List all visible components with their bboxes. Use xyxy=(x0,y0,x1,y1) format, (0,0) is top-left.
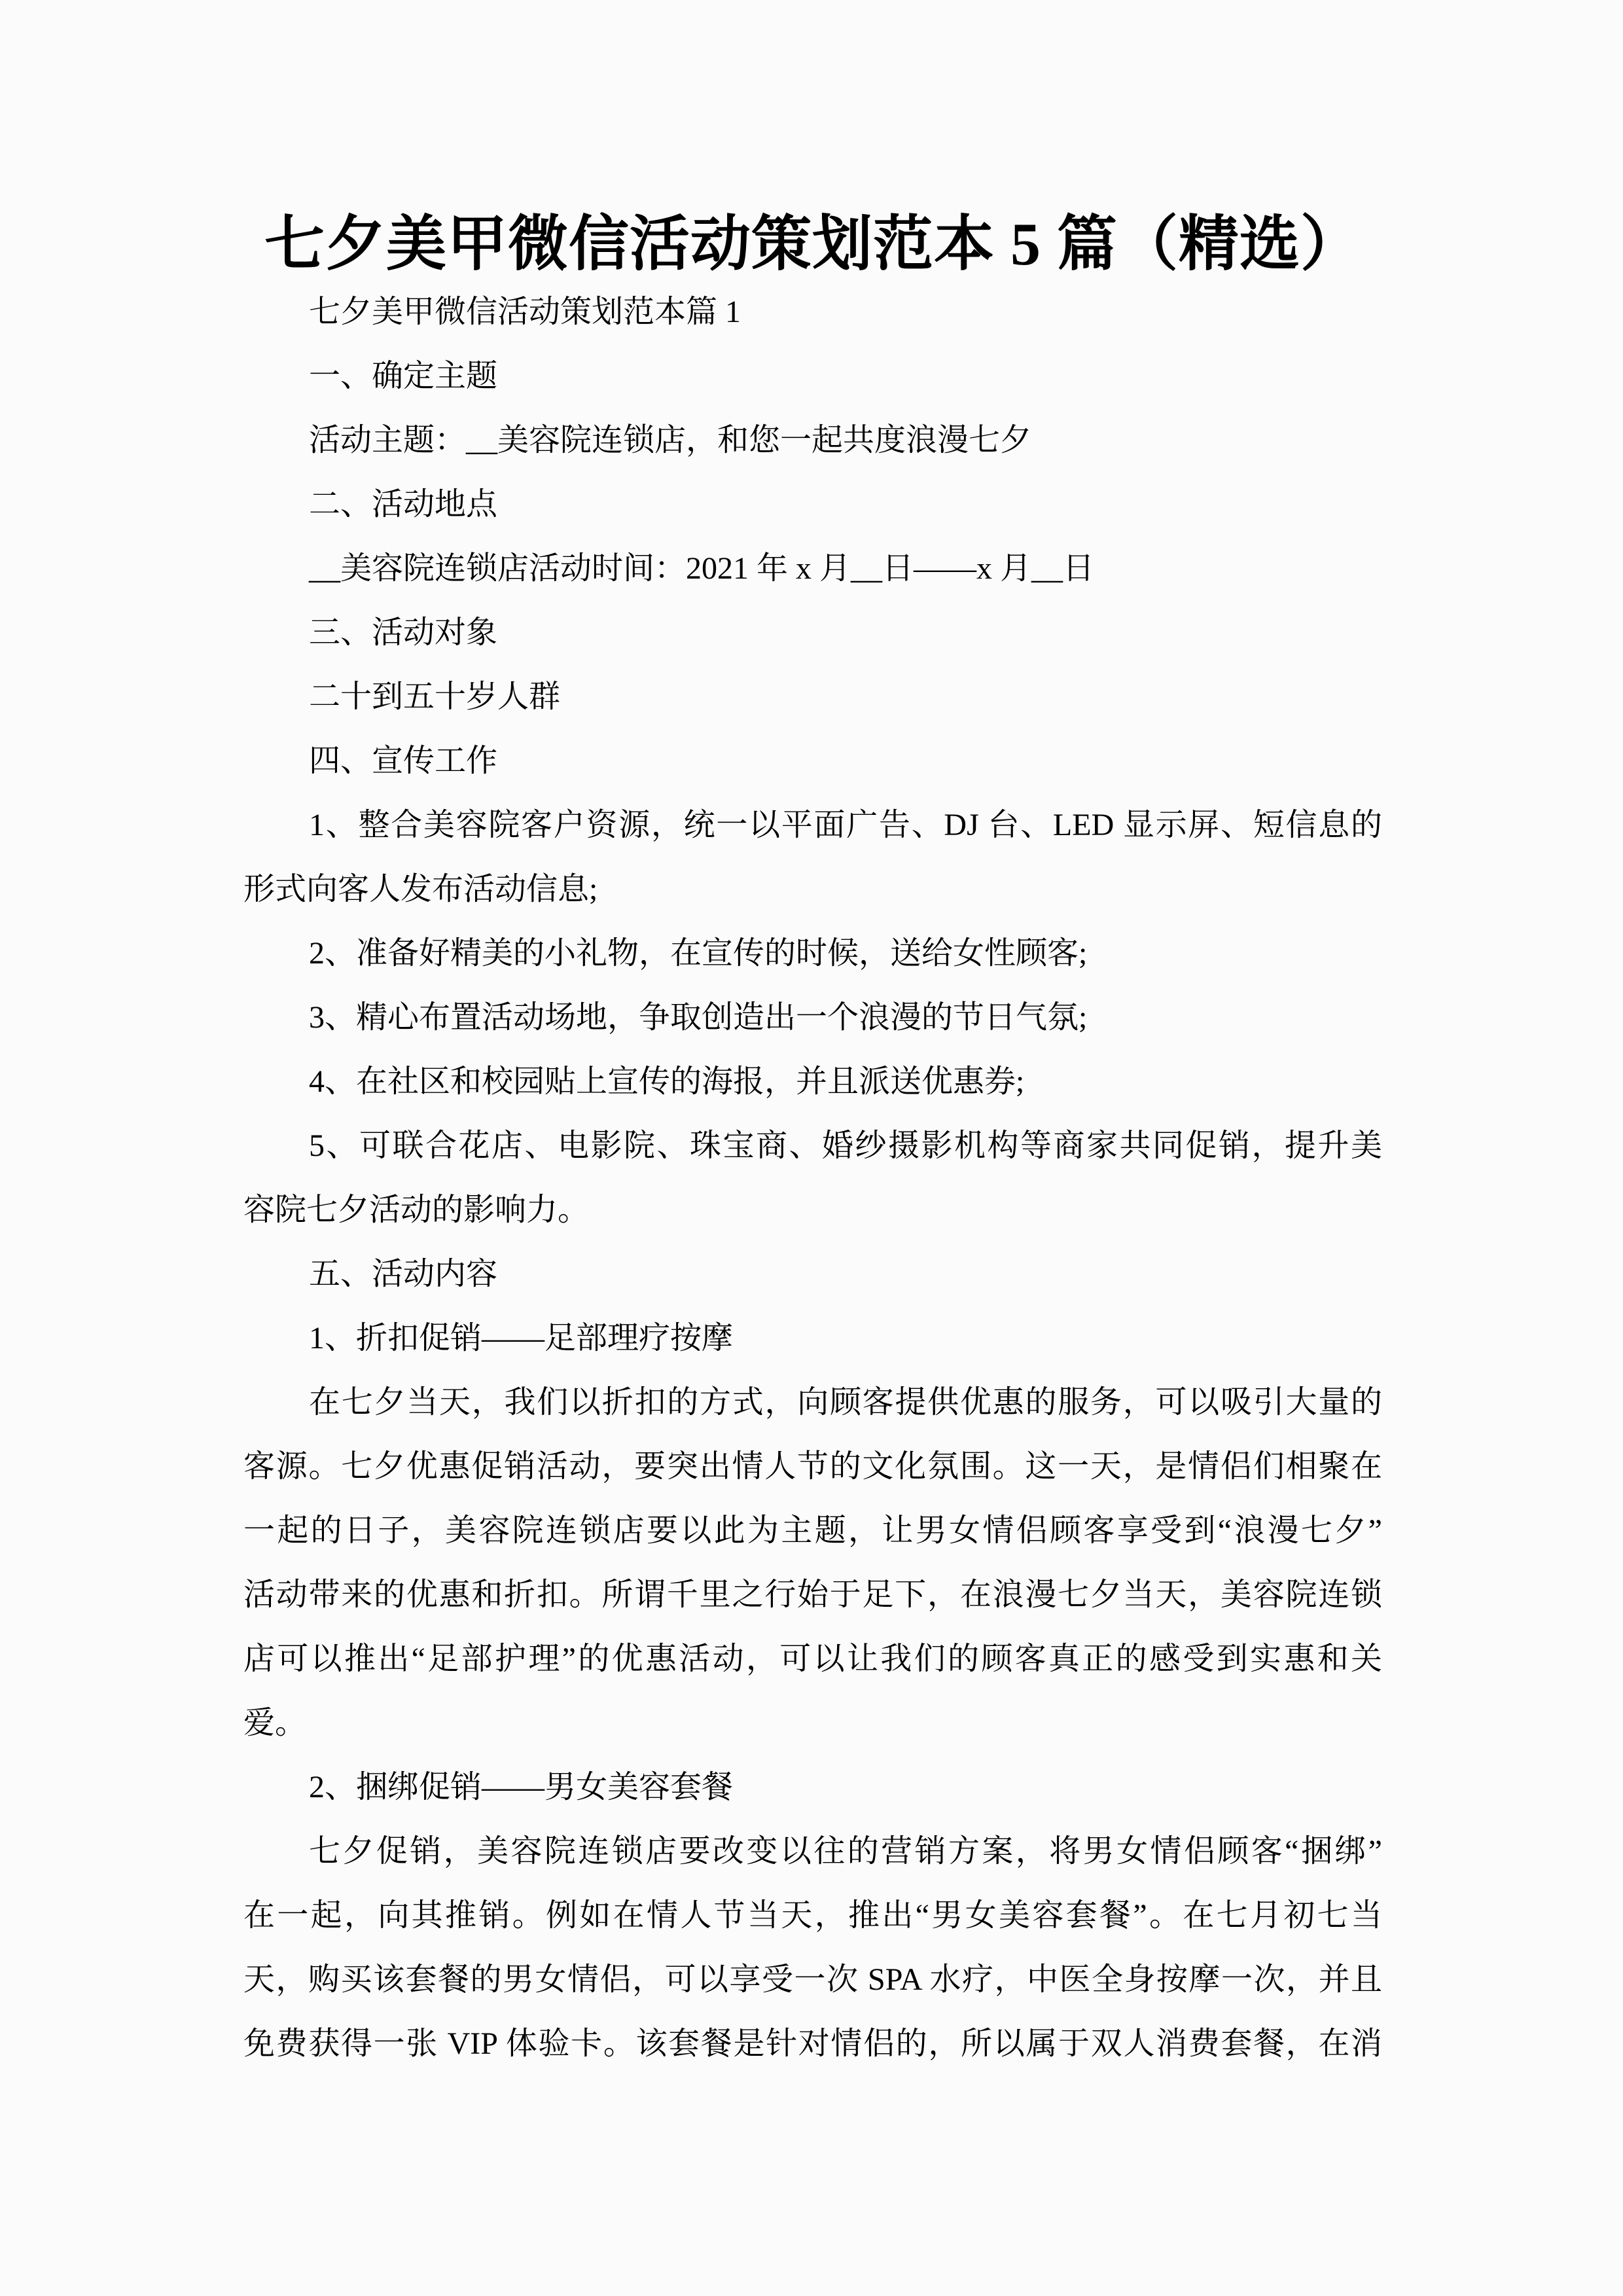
text-line: 店可以推出“足部护理”的优惠活动，可以让我们的顾客真正的感受到实惠和关 xyxy=(243,1627,1382,1691)
text-line: 形式向客人发布活动信息; xyxy=(243,857,1382,922)
text-line: 活动主题：__美容院连锁店，和您一起共度浪漫七夕 xyxy=(243,408,1382,473)
text-line: 在七夕当天，我们以折扣的方式，向顾客提供优惠的服务，可以吸引大量的 xyxy=(243,1371,1382,1435)
text-line: 5、可联合花店、电影院、珠宝商、婚纱摄影机构等商家共同促销，提升美 xyxy=(243,1114,1382,1178)
text-line: 在一起，向其推销。例如在情人节当天，推出“男女美容套餐”。在七月初七当 xyxy=(243,1884,1382,1948)
text-line: 活动带来的优惠和折扣。所谓千里之行始于足下，在浪漫七夕当天，美容院连锁 xyxy=(243,1563,1382,1627)
text-line: 五、活动内容 xyxy=(243,1242,1382,1306)
text-line: 七夕美甲微信活动策划范本篇 1 xyxy=(243,280,1382,344)
document-content: 七夕美甲微信活动策划范本 5 篇（精选） 七夕美甲微信活动策划范本篇 1一、确定… xyxy=(243,208,1382,2076)
text-line: 爱。 xyxy=(243,1691,1382,1755)
text-line: 三、活动对象 xyxy=(243,601,1382,665)
text-line: __美容院连锁店活动时间：2021 年 x 月__日——x 月__日 xyxy=(243,537,1382,601)
text-line: 1、折扣促销——足部理疗按摩 xyxy=(243,1306,1382,1371)
text-line: 一、确定主题 xyxy=(243,344,1382,408)
text-line: 客源。七夕优惠促销活动，要突出情人节的文化氛围。这一天，是情侣们相聚在 xyxy=(243,1435,1382,1499)
text-line: 七夕促销，美容院连锁店要改变以往的营销方案，将男女情侣顾客“捆绑” xyxy=(243,1820,1382,1884)
document-title: 七夕美甲微信活动策划范本 5 篇（精选） xyxy=(243,208,1382,280)
text-line: 1、整合美容院客户资源，统一以平面广告、DJ 台、LED 显示屏、短信息的 xyxy=(243,793,1382,857)
text-line: 3、精心布置活动场地，争取创造出一个浪漫的节日气氛; xyxy=(243,986,1382,1050)
document-page: 七夕美甲微信活动策划范本 5 篇（精选） 七夕美甲微信活动策划范本篇 1一、确定… xyxy=(0,0,1623,2296)
text-line: 天，购买该套餐的男女情侣，可以享受一次 SPA 水疗，中医全身按摩一次，并且 xyxy=(243,1948,1382,2012)
text-line: 4、在社区和校园贴上宣传的海报，并且派送优惠券; xyxy=(243,1050,1382,1114)
text-line: 2、准备好精美的小礼物，在宣传的时候，送给女性顾客; xyxy=(243,922,1382,986)
text-line: 二、活动地点 xyxy=(243,473,1382,537)
document-body: 七夕美甲微信活动策划范本篇 1一、确定主题活动主题：__美容院连锁店，和您一起共… xyxy=(243,280,1382,2076)
text-line: 2、捆绑促销——男女美容套餐 xyxy=(243,1755,1382,1820)
text-line: 容院七夕活动的影响力。 xyxy=(243,1178,1382,1242)
text-line: 一起的日子，美容院连锁店要以此为主题，让男女情侣顾客享受到“浪漫七夕” xyxy=(243,1499,1382,1563)
text-line: 二十到五十岁人群 xyxy=(243,665,1382,729)
text-line: 免费获得一张 VIP 体验卡。该套餐是针对情侣的，所以属于双人消费套餐，在消 xyxy=(243,2012,1382,2076)
text-line: 四、宣传工作 xyxy=(243,729,1382,793)
